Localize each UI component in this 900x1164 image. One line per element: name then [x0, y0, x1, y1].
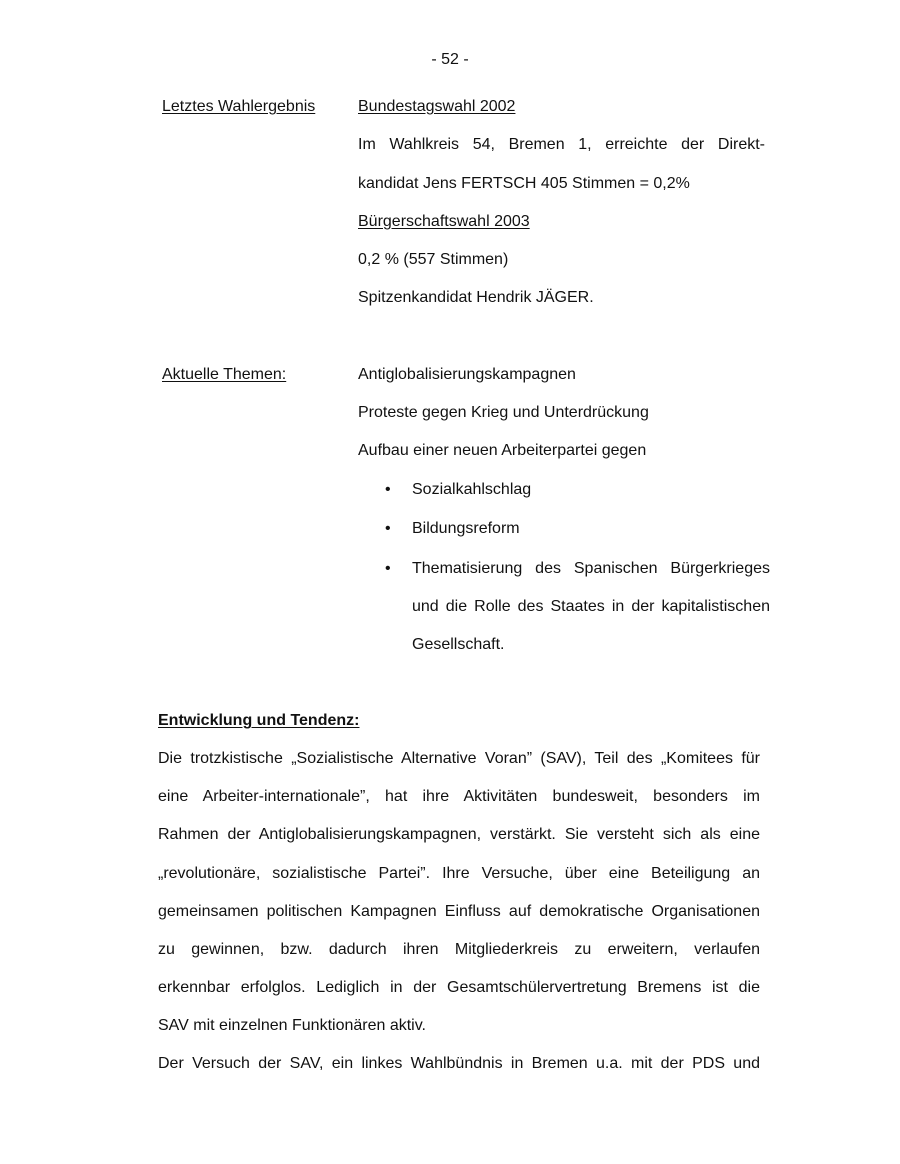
state-election-title: Bürgerschaftswahl 2003 [358, 212, 530, 232]
section-heading: Entwicklung und Tendenz: [158, 711, 359, 731]
paragraph-line: Die trotzkistische „Sozialistische Alter… [158, 749, 760, 769]
bullet-item-line: und die Rolle des Staates in der kapital… [412, 597, 770, 617]
state-election-result: 0,2 % (557 Stimmen) [358, 250, 508, 270]
bullet-item-line: Gesellschaft. [412, 635, 504, 655]
paragraph-line: zu gewinnen, bzw. dadurch ihren Mitglied… [158, 940, 760, 960]
bullet-icon: • [385, 559, 391, 579]
bullet-icon: • [385, 480, 391, 500]
federal-election-line-2: kandidat Jens FERTSCH 405 Stimmen = 0,2% [358, 174, 690, 194]
topics-label: Aktuelle Themen: [162, 365, 286, 385]
paragraph-line: Rahmen der Antiglobalisierungskampagnen,… [158, 825, 760, 845]
paragraph-line: erkennbar erfolglos. Lediglich in der Ge… [158, 978, 760, 998]
paragraph-line: eine Arbeiter-internationale”, hat ihre … [158, 787, 760, 807]
page-number: - 52 - [0, 50, 900, 70]
federal-election-line-1: Im Wahlkreis 54, Bremen 1, erreichte der… [358, 135, 765, 155]
bullet-item: Sozialkahlschlag [412, 480, 531, 500]
bullet-icon: • [385, 519, 391, 539]
state-election-candidate: Spitzenkandidat Hendrik JÄGER. [358, 288, 594, 308]
topic-item: Antiglobalisierungskampagnen [358, 365, 576, 385]
bullet-item: Bildungsreform [412, 519, 520, 539]
topic-item: Proteste gegen Krieg und Unterdrückung [358, 403, 649, 423]
federal-election-title: Bundestagswahl 2002 [358, 97, 515, 117]
election-label: Letztes Wahlergebnis [162, 97, 315, 117]
topic-item: Aufbau einer neuen Arbeiterpartei gegen [358, 441, 646, 461]
paragraph-line: Der Versuch der SAV, ein linkes Wahlbünd… [158, 1054, 760, 1074]
bullet-item-line: Thematisierung des Spanischen Bürgerkrie… [412, 559, 770, 579]
paragraph-line: „revolutionäre, sozialistische Partei”. … [158, 864, 760, 884]
paragraph-line: SAV mit einzelnen Funktionären aktiv. [158, 1016, 760, 1036]
paragraph-line: gemeinsamen politischen Kampagnen Einflu… [158, 902, 760, 922]
